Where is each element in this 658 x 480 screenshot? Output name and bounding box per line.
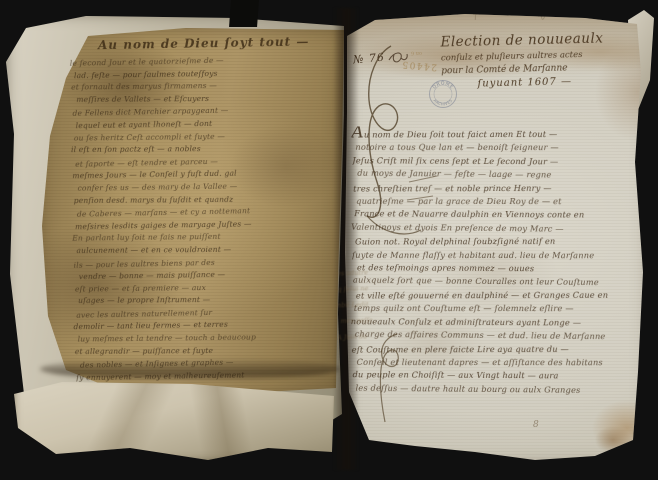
- manuscript-line: tres chreſtien treſ — et noble prince He…: [353, 181, 641, 195]
- manuscript-line: ſuyte de Manne flaſſy et habitant aud. l…: [352, 248, 641, 262]
- top-edge-gap: [229, 0, 259, 27]
- manuscript-line: Guion not. Royal delphinal ſoubzſigné na…: [355, 235, 641, 249]
- cross-mark: †: [473, 12, 478, 22]
- binding-gutter-shadow: [333, 8, 359, 470]
- lower-paraph-flourish: [367, 330, 413, 430]
- left-page-text-block: le ſecond Jour et le quatorzieſme de —la…: [70, 53, 343, 384]
- margin-note-line: A Juin da: [337, 326, 420, 345]
- manuscript-scan: Au nom de Dieu ſoyt tout — le ſecond Jou…: [0, 0, 658, 480]
- manuscript-line: Au nom de Dieu ſoit tout faict amen Et t…: [351, 126, 641, 142]
- flourish-mark: ∿: [536, 9, 547, 23]
- title-line-3: pour la Comté de Marſanne: [441, 62, 643, 77]
- manuscript-line: du moys de Januier — feſte — laage — reg…: [357, 167, 641, 183]
- margin-bleedthrough-notes: pes adutreq ſelui nembil Leditmes paſſeA…: [333, 263, 420, 346]
- title-block: Election de nouueaulx conſulz et pluſieu…: [440, 30, 643, 91]
- right-paper-page: № 76 24405 on 6 † ∿ DRÔME ARCHIVES: [345, 12, 647, 464]
- tail-mark: 8: [533, 420, 539, 430]
- title-line-2: conſulz et pluſieurs aultres actes: [441, 49, 643, 64]
- fold-crease-shadow: [40, 358, 340, 380]
- manuscript-line: notoire a tous Que lan et — benoiſt ſeig…: [355, 141, 641, 155]
